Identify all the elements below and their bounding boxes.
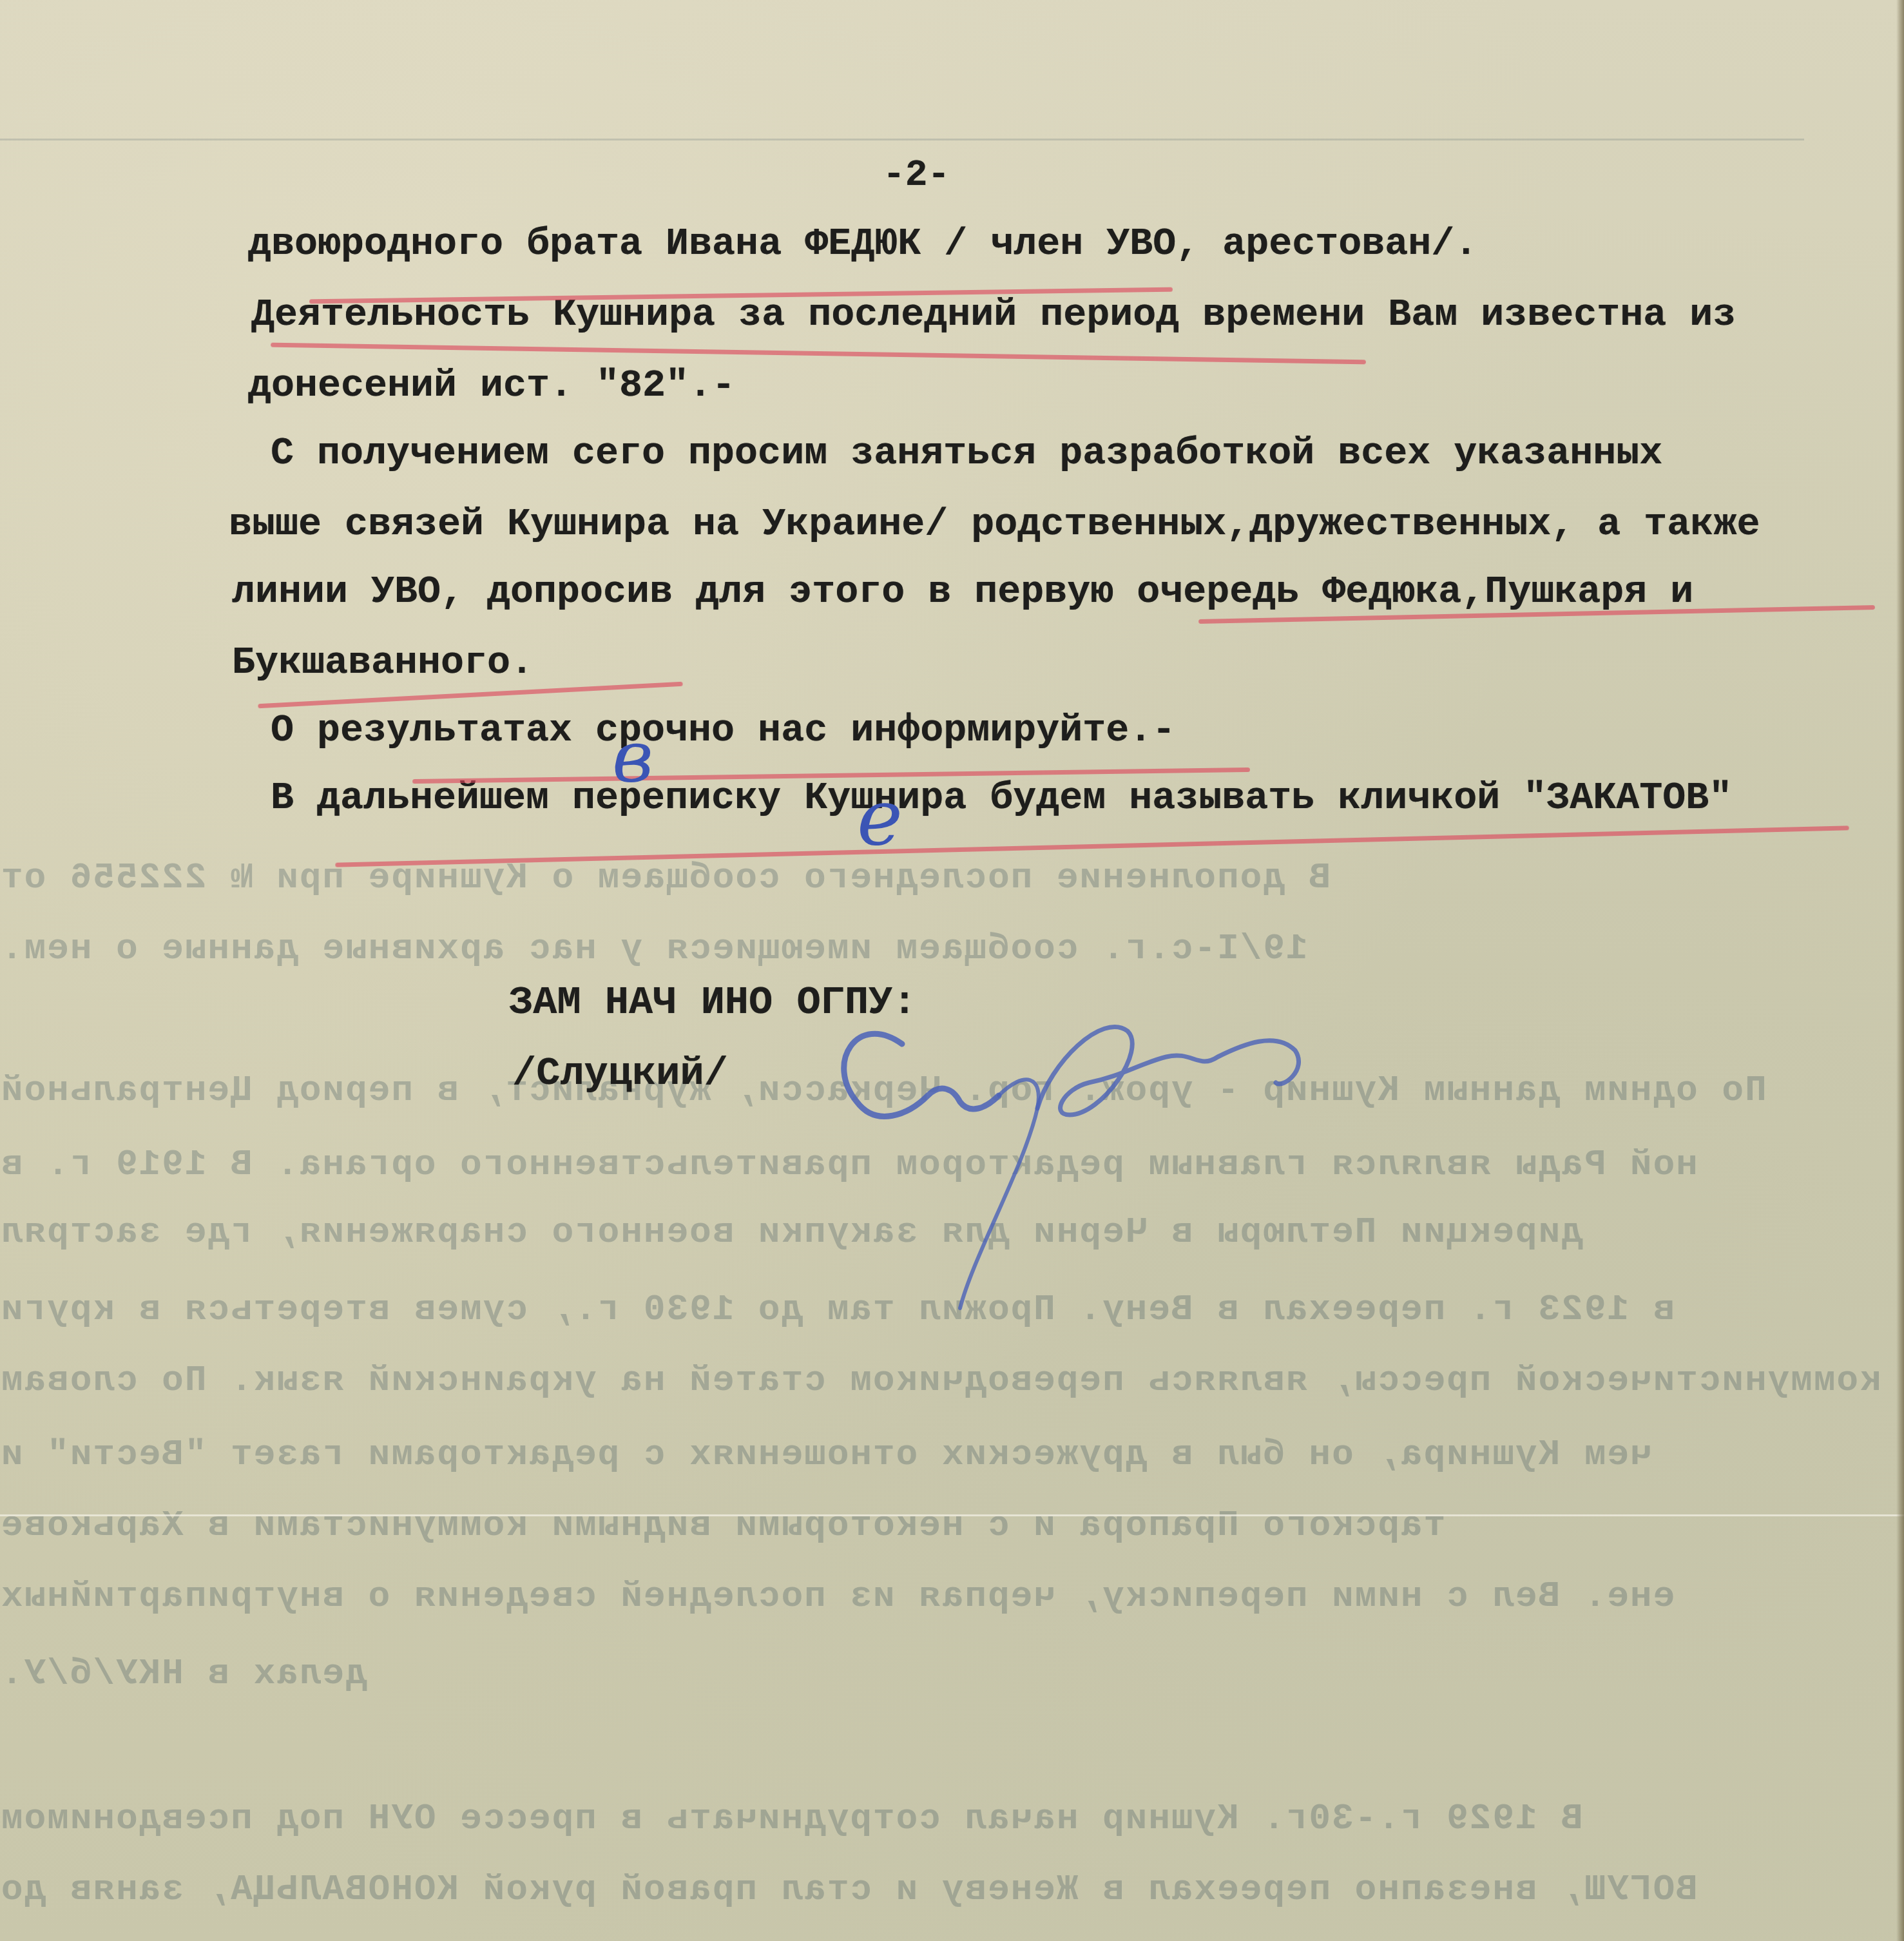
- signature-name: /Слуцкий/: [512, 1050, 728, 1096]
- body-line-1: двоюродного брата Ивана ФЕДЮК / член УВО…: [248, 222, 1477, 266]
- page-number: -2-: [883, 155, 950, 197]
- handwritten-signature-icon: [831, 986, 1540, 1321]
- bleed-through-line: 19/I-с.г. сообщаем имеющиеся у нас архив…: [0, 928, 1904, 969]
- body-line-5: выше связей Кушнира на Украине/ родствен…: [229, 503, 1760, 546]
- body-line-7: Букшаванного.: [232, 641, 534, 685]
- bleed-through-line: ене. Вел с ними переписку, черпая из пос…: [0, 1576, 1904, 1617]
- body-line-8: О результатах срочно нас информируйте.-: [271, 709, 1175, 753]
- bleed-through-line: делах в НКУ/б/У.: [0, 1653, 1904, 1694]
- handwritten-correction: в: [612, 715, 653, 798]
- bleed-through-line: ВОГУШ, внезапно переехал в Женеву и стал…: [0, 1869, 1904, 1910]
- red-underline: [271, 343, 1366, 365]
- bleed-through-line: чем Кушнира, он был в дружеских отношени…: [0, 1434, 1904, 1475]
- bleed-through-rule: [0, 139, 1804, 140]
- body-line-4: С получением сего просим заняться разраб…: [271, 432, 1662, 476]
- bleed-through-line: В дополнение последнего сообщаем о Кушни…: [0, 857, 1904, 898]
- paper-fold-crease: [0, 1514, 1904, 1516]
- bleed-through-line: В 1929 г.-30г. Кушнир начал сотрудничать…: [0, 1798, 1904, 1839]
- handwritten-correction: е: [857, 773, 903, 863]
- page-edge-shadow: [1896, 0, 1904, 1941]
- body-line-6: линии УВО, допросив для этого в первую о…: [232, 570, 1693, 614]
- bleed-through-line: коммунистической прессы, являясь перевод…: [0, 1360, 1904, 1401]
- red-underline: [258, 682, 682, 709]
- bleed-through-line: тарского Прапора и с некоторыми видными …: [0, 1505, 1904, 1546]
- body-line-9: В дальнейшем переписку Кушнира будем наз…: [271, 777, 1732, 820]
- body-line-3: донесений ист. "82".-: [248, 364, 735, 408]
